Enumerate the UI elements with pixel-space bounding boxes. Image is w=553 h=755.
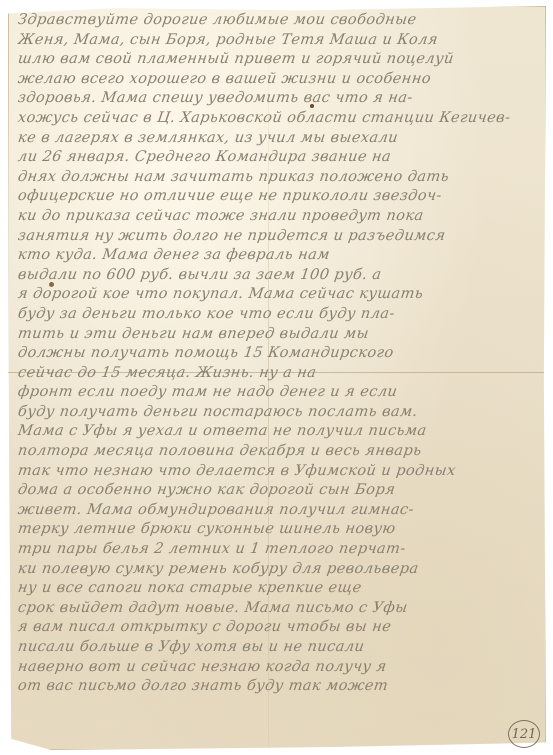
letter-line: терку летние брюки суконные шинель новую: [17, 519, 540, 539]
letter-line: ну и все сапоги пока старые крепкие еще: [17, 578, 540, 598]
letter-line: выдали по 600 руб. вычли за заем 100 руб…: [17, 265, 540, 285]
letter-line: ли 26 января. Среднего Командира звание …: [17, 147, 540, 167]
letter-line: ки полевую сумку ремень кобуру для револ…: [17, 559, 540, 579]
letter-line: ке в лагерях в землянках, из учил мы вые…: [17, 128, 540, 148]
letter-line: ки до приказа сейчас тоже знали проведут…: [17, 206, 540, 226]
circled-page-number: 121: [508, 720, 540, 748]
letter-line: Женя, Мама, сын Боря, родные Тетя Маша и…: [17, 30, 540, 50]
letter-line: занятия ну жить долго не придется и разъ…: [17, 226, 540, 246]
letter-line: писали больше в Уфу хотя вы и не писали: [17, 637, 540, 657]
letter-line: Здравствуйте дорогие любимые мои свободн…: [17, 10, 540, 30]
letter-line: днях должны нам зачитать приказ положено…: [17, 167, 540, 187]
letter-line: я дорогой кое что покупал. Мама сейчас к…: [17, 284, 540, 304]
letter-line: здоровья. Мама спешу уведомить вас что я…: [17, 88, 540, 108]
letter-line: фронт если поеду там не надо денег и я е…: [17, 382, 540, 402]
letter-line: буду за деньги только кое что если буду …: [17, 304, 540, 324]
letter-line: кто куда. Мама денег за февраль нам: [17, 245, 540, 265]
letter-line: три пары белья 2 летних и 1 теплого перч…: [17, 539, 540, 559]
letter-line: живет. Мама обмундирования получил гимна…: [17, 500, 540, 520]
letter-line: офицерские но отличие еще не прикололи з…: [17, 186, 540, 206]
letter-line: так что незнаю что делается в Уфимской и…: [17, 461, 540, 481]
letter-line: буду получать деньги постараюсь послать …: [17, 402, 540, 422]
letter-line: дома а особенно нужно как дорогой сын Бо…: [17, 480, 540, 500]
letter-line: желаю всего хорошего в вашей жизни и осо…: [17, 69, 540, 89]
letter-line: Мама с Уфы я уехал и ответа не получил п…: [17, 421, 540, 441]
letter-line: полтора месяца половина декабря и весь я…: [17, 441, 540, 461]
letter-line: от вас письмо долго знать буду так может: [17, 676, 540, 696]
letter-line: должны получать помощь 15 Командирского: [17, 343, 540, 363]
letter-line: срок выйдет дадут новые. Мама письмо с У…: [17, 598, 540, 618]
letter-line: хожусь сейчас в Ц. Харьковской области с…: [17, 108, 540, 128]
letter-line: сейчас до 15 месяца. Жизнь. ну а на: [17, 363, 540, 383]
letter-line: наверно вот и сейчас незнаю когда получу…: [17, 657, 540, 677]
letter-body: Здравствуйте дорогие любимые мои свободн…: [18, 10, 538, 696]
letter-line: я вам писал открытку с дороги чтобы вы н…: [17, 617, 540, 637]
letter-line: тить и эти деньги нам вперед выдали мы: [17, 324, 540, 344]
letter-line: шлю вам свой пламенный привет и горячий …: [17, 49, 540, 69]
